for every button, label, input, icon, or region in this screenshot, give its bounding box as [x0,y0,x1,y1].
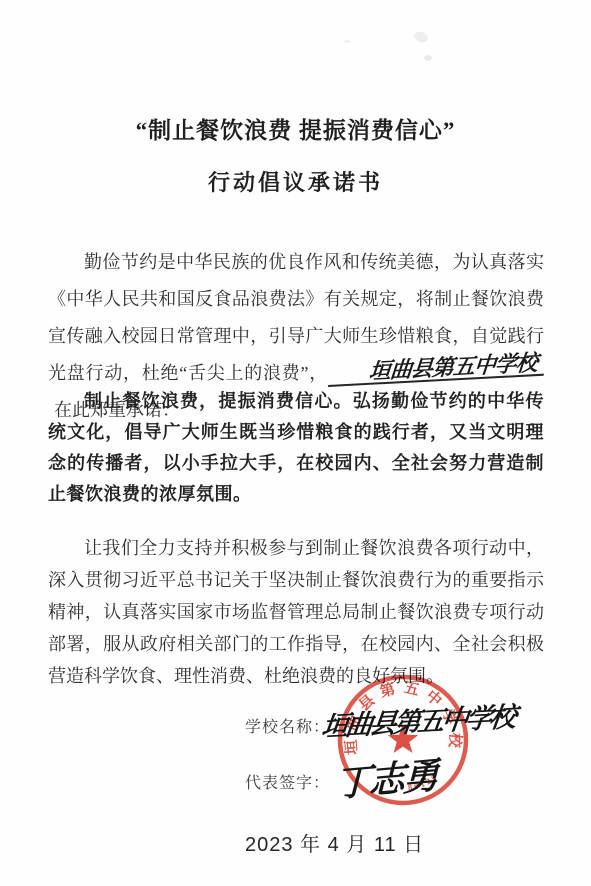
document-page: “制止餐饮浪费 提振消费信心” 行动倡议承诺书 勤俭节约是中华民族的优良作风和传… [0,0,591,886]
representative-signature-handwritten: 丁志勇 [335,747,438,807]
representative-signature-label: 代表签字： [245,770,330,793]
scan-artifact [413,30,430,44]
document-title-line1: “制止餐饮浪费 提振消费信心” [48,112,543,145]
paragraph-commitment: 让我们全力支持并积极参与到制止餐饮浪费各项行动中，深入贯彻习近平总书记关于坚决制… [48,532,544,692]
inline-handwritten-school-name: 垣曲县第五中学校 [328,353,546,387]
scan-artifact [424,55,432,61]
school-name-label: 学校名称： [245,714,330,737]
paragraph-pledge-bold: 制止餐饮浪费，提振消费信心。弘扬勤俭节约的中华传统文化，倡导广大师生既当珍惜粮食… [48,386,544,510]
document-date: 2023 年 4 月 11 日 [245,828,424,857]
document-title-line2: 行动倡议承诺书 [48,166,543,197]
scan-artifact [344,40,350,43]
